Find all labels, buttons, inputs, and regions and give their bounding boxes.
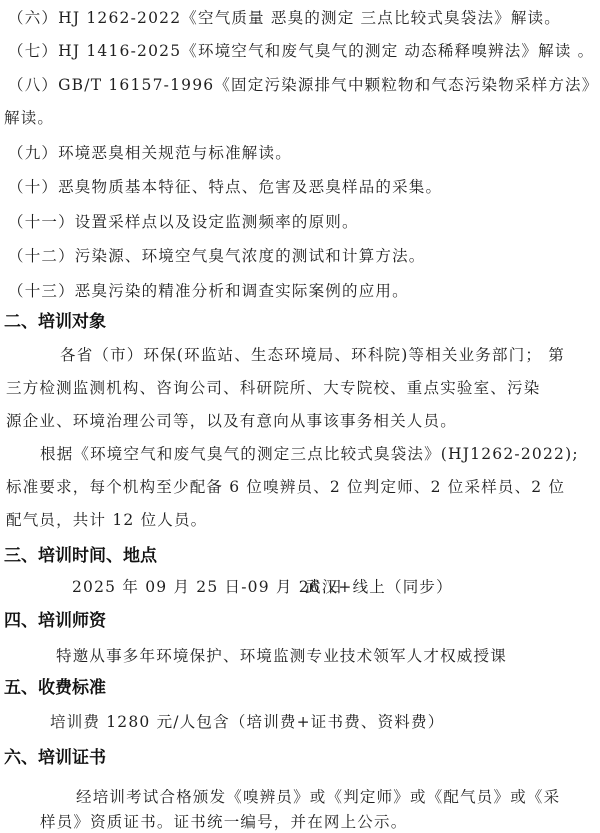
audience-paragraph-1-line-2: 三方检测监测机构、咨询公司、科研院所、大专院校、重点实验室、污染 bbox=[6, 378, 540, 398]
content-item-8: （八）GB/T 16157-1996《固定污染源排气中颗粒物和气态污染物采样方法… bbox=[8, 75, 598, 95]
content-item-10: （十）恶臭物质基本特征、特点、危害及恶臭样品的采集。 bbox=[8, 177, 442, 197]
section-heading-fees: 五、收费标准 bbox=[4, 677, 106, 699]
section-heading-time-place: 三、培训时间、地点 bbox=[4, 545, 157, 567]
certificate-line-1: 经培训考试合格颁发《嗅辨员》或《判定师》或《配气员》或《采 bbox=[76, 787, 560, 807]
faculty-description: 特邀从事多年环境保护、环境监测专业技术领军人才权威授课 bbox=[56, 646, 507, 666]
certificate-line-2: 样员》资质证书。证书统一编号，并在网上公示。 bbox=[40, 812, 407, 832]
content-item-12: （十二）污染源、环境空气臭气浓度的测试和计算方法。 bbox=[8, 246, 426, 266]
content-item-11: （十一）设置采样点以及设定监测频率的原则。 bbox=[8, 212, 359, 232]
section-heading-faculty: 四、培训师资 bbox=[4, 610, 106, 632]
audience-paragraph-2-line-1: 根据《环境空气和废气臭气的测定三点比较式臭袋法》(HJ1262-2022); bbox=[40, 444, 579, 464]
audience-paragraph-2-line-3: 配气员，共计 12 位人员。 bbox=[6, 510, 207, 530]
content-item-13: （十三）恶臭污染的精准分析和调查实际案例的应用。 bbox=[8, 281, 409, 301]
content-item-7: （七）HJ 1416-2025《环境空气和废气臭气的测定 动态稀释嗅辨法》解读 … bbox=[8, 41, 594, 61]
training-location: 武汉+线上（同步） bbox=[305, 577, 453, 597]
content-item-8-continued: 解读。 bbox=[4, 108, 54, 128]
content-item-9: （九）环境恶臭相关规范与标准解读。 bbox=[8, 143, 292, 163]
audience-paragraph-1-line-3: 源企业、环境治理公司等，以及有意向从事该事务相关人员。 bbox=[6, 411, 457, 431]
audience-paragraph-2-line-2: 标准要求，每个机构至少配备 6 位嗅辨员、2 位判定师、2 位采样员、2 位 bbox=[6, 477, 565, 497]
fee-description: 培训费 1280 元/人包含（培训费+证书费、资料费） bbox=[50, 712, 444, 732]
section-heading-certificate: 六、培训证书 bbox=[4, 747, 106, 769]
audience-paragraph-1-line-1: 各省（市）环保(环监站、生态环境局、环科院)等相关业务部门； 第 bbox=[60, 345, 565, 365]
content-item-6: （六）HJ 1262-2022《空气质量 恶臭的测定 三点比较式臭袋法》解读。 bbox=[8, 8, 561, 28]
section-heading-audience: 二、培训对象 bbox=[4, 311, 106, 333]
training-dates: 2025 年 09 月 25 日-09 月 26 日 bbox=[72, 577, 344, 597]
